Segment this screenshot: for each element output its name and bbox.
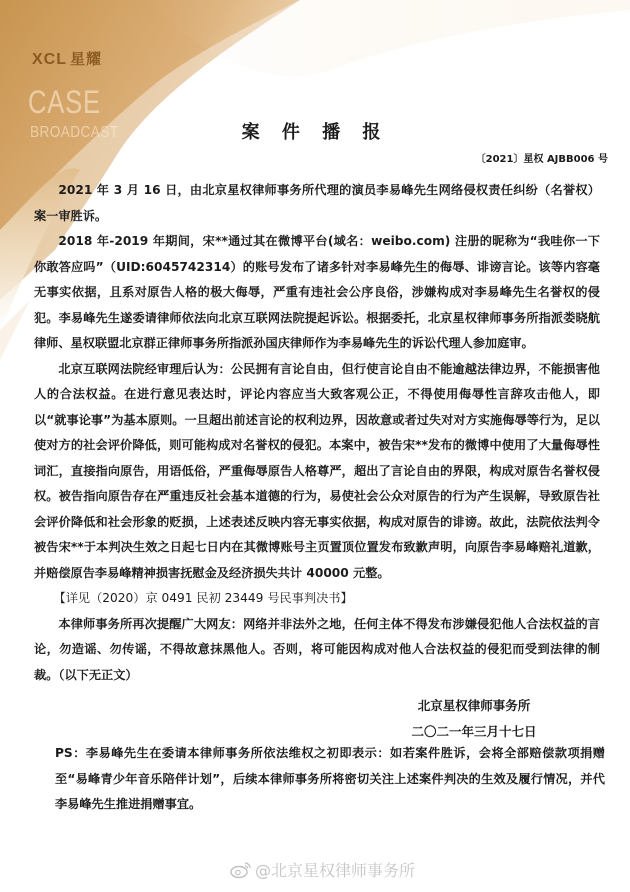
paragraph-verdict-summary: 2021 年 3 月 16 日，由北京星权律师事务所代理的演员李易峰先生网络侵权…	[34, 178, 600, 229]
weibo-watermark: @北京星权律师事务所	[230, 858, 415, 881]
paragraph-reminder: 本律师事务所再次提醒广大网友：网络并非法外之地，任何主体不得发布涉嫌侵犯他人合法…	[34, 612, 600, 689]
page-title: 案 件 播 报	[0, 118, 630, 144]
ps-note: PS：李易峰先生在委请本律师事务所依法维权之初即表示：如若案件胜诉，会将全部赔偿…	[55, 741, 605, 818]
logo-cn: 星耀	[70, 51, 102, 68]
document-body: 2021 年 3 月 16 日，由北京星权律师事务所代理的演员李易峰先生网络侵权…	[34, 178, 600, 688]
logo-latin: XCL	[32, 51, 67, 68]
weibo-icon	[230, 861, 252, 879]
signature-firm: 北京星权律师事务所	[384, 696, 564, 714]
watermark-text: @北京星权律师事务所	[255, 858, 415, 881]
xcl-logo: XCL星耀	[32, 48, 102, 69]
paragraph-background: 2018 年-2019 年期间，宋**通过其在微博平台(域名：weibo.com…	[34, 229, 600, 357]
signature-date: 二〇二一年三月十七日	[384, 722, 564, 740]
document-number: 〔2021〕星权 AJBB006 号	[476, 150, 608, 165]
paragraph-judgment-reference: 【详见（2020）京 0491 民初 23449 号民事判决书】	[34, 586, 600, 612]
case-word: CASE	[28, 84, 101, 121]
paragraph-court-reasoning: 北京互联网法院经审理后认为：公民拥有言论自由，但行使言论自由不能逾越法律边界，不…	[34, 357, 600, 587]
